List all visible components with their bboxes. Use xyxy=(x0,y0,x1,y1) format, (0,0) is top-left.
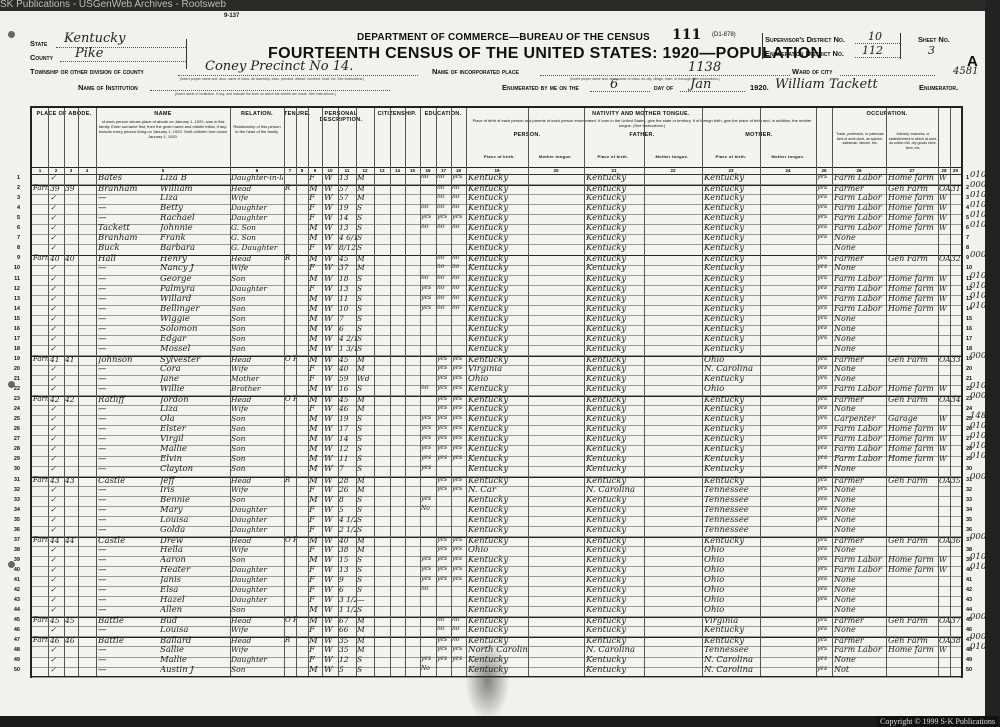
race-cell: W xyxy=(324,545,338,555)
write-cell: yes xyxy=(452,374,466,381)
age-cell: 38 xyxy=(339,545,356,554)
mother-birthplace-cell: Ohio xyxy=(704,555,760,565)
column-number: 22 xyxy=(644,168,702,173)
write-cell: yes xyxy=(452,545,466,552)
father-birth-heading: Place of birth. xyxy=(584,154,642,159)
marital-cell: M xyxy=(357,625,374,634)
dwelling-cell: ✓ xyxy=(50,284,64,293)
marital-cell: S xyxy=(357,213,374,222)
marital-cell: S xyxy=(357,334,374,343)
margin-code: 010 xyxy=(970,281,986,291)
margin-code: 010 xyxy=(970,210,986,220)
race-cell: W xyxy=(324,625,338,635)
relation-cell: Head xyxy=(231,254,283,263)
write-cell: yes xyxy=(452,655,466,662)
write-cell: yes xyxy=(452,213,466,220)
dwelling-cell: ✓ xyxy=(50,595,64,604)
sex-cell: F xyxy=(309,364,322,374)
father-birthplace-cell: Kentucky xyxy=(586,495,644,505)
margin-code: 000 xyxy=(970,180,986,190)
birthplace-cell: Kentucky xyxy=(468,263,528,273)
class-cell: W xyxy=(939,414,950,423)
class-cell: W xyxy=(939,203,950,212)
read-cell: yes xyxy=(437,355,451,362)
race-cell: W xyxy=(324,655,338,665)
age-cell: 5 xyxy=(339,665,356,674)
surname-cell: — xyxy=(98,505,158,515)
birthplace-cell: Kentucky xyxy=(468,434,528,444)
enumerated-day: 6 xyxy=(610,77,618,92)
race-cell: W xyxy=(324,595,338,605)
father-birthplace-cell: Kentucky xyxy=(586,505,644,515)
margin-code: 148 xyxy=(970,411,986,421)
line-number: 43 xyxy=(8,597,20,603)
trade-cell: Farm Labor xyxy=(834,424,886,433)
given-name-cell: Bellinger xyxy=(160,304,230,314)
school-cell: yes xyxy=(421,304,436,311)
street-cell: Farm xyxy=(33,254,49,262)
class-cell: W xyxy=(939,304,950,313)
sex-cell: M xyxy=(309,233,322,243)
race-cell: W xyxy=(324,495,338,505)
birthplace-cell: Kentucky xyxy=(468,334,528,344)
dwelling-cell: ✓ xyxy=(50,213,64,222)
name-description: of each person whose place of abode on J… xyxy=(98,119,228,139)
surname-cell: — xyxy=(98,444,158,454)
trade-cell: None xyxy=(834,655,886,664)
father-birthplace-cell: N. Carolina xyxy=(586,485,644,495)
race-cell: W xyxy=(324,525,338,535)
age-cell: 13 xyxy=(339,284,356,293)
source-banner: SK Publications - USGenWeb Archives - Ro… xyxy=(0,0,1000,11)
industry-cell: Home farm xyxy=(888,424,938,433)
father-birthplace-cell: Kentucky xyxy=(586,404,644,414)
trade-cell: Farmer xyxy=(834,536,886,545)
school-cell: yes xyxy=(421,565,436,572)
dwelling-cell: ✓ xyxy=(50,605,64,614)
age-cell: 57 xyxy=(339,184,356,193)
race-cell: W xyxy=(324,555,338,565)
age-cell: 67 xyxy=(339,616,356,625)
page-number: 111 xyxy=(672,27,701,43)
marital-cell: M xyxy=(357,263,374,272)
sex-cell: F xyxy=(309,505,322,515)
birthplace-cell: Kentucky xyxy=(468,515,528,525)
column-divider xyxy=(451,108,452,676)
dwelling-cell: ✓ xyxy=(50,334,64,343)
relation-cell: Wife xyxy=(231,485,283,494)
father-birthplace-cell: Kentucky xyxy=(586,525,644,535)
father-birthplace-cell: Kentucky xyxy=(586,585,644,595)
english-cell: yes xyxy=(817,395,832,402)
english-cell: yes xyxy=(817,545,832,552)
father-birthplace-cell: Kentucky xyxy=(586,545,644,555)
race-cell: W xyxy=(324,485,338,495)
relation-cell: Daughter xyxy=(231,213,283,222)
surname-cell: — xyxy=(98,374,158,384)
surname-cell: Buck xyxy=(98,243,158,253)
race-cell: W xyxy=(324,314,338,324)
race-cell: W xyxy=(324,193,338,203)
trade-cell: Farmer xyxy=(834,254,886,263)
enumerator-name: William Tackett xyxy=(775,77,878,92)
relation-cell: Son xyxy=(231,304,283,313)
read-cell: no xyxy=(437,184,451,191)
english-cell: yes xyxy=(817,203,832,210)
trade-cell: Farm Labor xyxy=(834,193,886,202)
relation-cell: Son xyxy=(231,665,283,674)
race-cell: W xyxy=(324,515,338,525)
father-birthplace-cell: Kentucky xyxy=(586,384,644,394)
race-cell: W xyxy=(324,454,338,464)
margin-code: 010 xyxy=(970,552,986,562)
ed-label: Enumeration District No. xyxy=(765,49,844,58)
race-cell: W xyxy=(324,565,338,575)
english-cell: yes xyxy=(817,213,832,220)
father-birthplace-cell: Kentucky xyxy=(586,464,644,474)
age-cell: 7 xyxy=(339,314,356,323)
surname-cell: — xyxy=(98,464,158,474)
mother-birthplace-cell: Kentucky xyxy=(704,374,760,384)
industry-cell: Home farm xyxy=(888,565,938,574)
enumerator-label: Enumerator. xyxy=(919,83,958,92)
english-cell: yes xyxy=(817,364,832,371)
birthplace-cell: Kentucky xyxy=(468,404,528,414)
person-heading: PERSON. xyxy=(472,132,582,138)
surname-cell: Tackett xyxy=(98,223,158,233)
column-divider xyxy=(950,108,951,676)
write-cell: yes xyxy=(452,414,466,421)
relation-cell: Head xyxy=(231,476,283,485)
line-number: 10 xyxy=(8,265,20,271)
relation-cell: G. Son xyxy=(231,223,283,232)
mother-birthplace-cell: Tennessee xyxy=(704,505,760,515)
school-cell: no xyxy=(421,274,436,281)
trade-cell: Farm Labor xyxy=(834,454,886,463)
write-cell: yes xyxy=(452,434,466,441)
birthplace-cell: Kentucky xyxy=(468,324,528,334)
read-cell: no xyxy=(437,284,451,291)
english-cell: yes xyxy=(817,536,832,543)
source-banner-text: SK Publications - USGenWeb Archives - Ro… xyxy=(0,0,226,10)
english-cell: yes xyxy=(817,595,832,602)
given-name-cell: Louisa xyxy=(160,625,230,635)
surname-cell: — xyxy=(98,384,158,394)
trade-cell: None xyxy=(834,525,886,534)
age-cell: 13 xyxy=(339,173,356,182)
marital-cell: S xyxy=(357,434,374,443)
mother-birthplace-cell: Tennessee xyxy=(704,485,760,495)
english-cell: yes xyxy=(817,655,832,662)
county-label: County xyxy=(30,53,53,62)
trade-cell: None xyxy=(834,505,886,514)
birthplace-cell: Kentucky xyxy=(468,243,528,253)
relation-cell: Son xyxy=(231,555,283,564)
given-name-cell: Janis xyxy=(160,575,230,585)
line-number-right: 5 xyxy=(966,215,969,221)
given-name-cell: Hella xyxy=(160,545,230,555)
english-cell: yes xyxy=(817,374,832,381)
dwelling-cell: ✓ xyxy=(50,193,64,202)
write-cell: no xyxy=(452,284,466,291)
sex-cell: M xyxy=(309,665,322,675)
mother-birthplace-cell: Ohio xyxy=(704,545,760,555)
line-number: 15 xyxy=(8,316,20,322)
read-cell: yes xyxy=(437,536,451,543)
english-cell: yes xyxy=(817,314,832,321)
father-birthplace-cell: Kentucky xyxy=(586,555,644,565)
mother-birthplace-cell: Kentucky xyxy=(704,274,760,284)
birthplace-cell: Kentucky xyxy=(468,304,528,314)
race-cell: W xyxy=(324,334,338,344)
class-cell: W xyxy=(939,454,950,463)
age-cell: 18 xyxy=(339,274,356,283)
line-number: 12 xyxy=(8,286,20,292)
dwelling-cell: ✓ xyxy=(50,203,64,212)
birthplace-cell: Kentucky xyxy=(468,384,528,394)
given-name-cell: Liza B xyxy=(160,173,230,183)
relation-cell: Son xyxy=(231,454,283,463)
dwelling-cell: ✓ xyxy=(50,223,64,232)
class-cell: W xyxy=(939,223,950,232)
sex-cell: M xyxy=(309,384,322,394)
age-cell: 4 6/12 xyxy=(339,233,356,242)
marital-cell: S xyxy=(357,505,374,514)
dwelling-cell: 43 xyxy=(50,476,64,485)
industry-cell: Gen Farm xyxy=(888,254,938,263)
surname-cell: Bates xyxy=(98,173,158,183)
race-cell: W xyxy=(324,203,338,213)
english-cell: yes xyxy=(817,424,832,431)
sheet-label: Sheet No. xyxy=(918,35,950,44)
birthplace-cell: Kentucky xyxy=(468,424,528,434)
class-cell: W xyxy=(939,213,950,222)
line-number: 50 xyxy=(8,667,20,673)
relation-cell: Mother xyxy=(231,374,283,383)
age-cell: 45 xyxy=(339,254,356,263)
birthplace-cell: Kentucky xyxy=(468,585,528,595)
read-cell: no xyxy=(437,193,451,200)
sex-cell: M xyxy=(309,274,322,284)
trade-cell: None xyxy=(834,585,886,594)
institution-label: Name of Institution xyxy=(78,83,138,92)
given-name-cell: Barbara xyxy=(160,243,230,253)
sex-cell: F xyxy=(309,595,322,605)
margin-code: 010 xyxy=(970,451,986,461)
trade-cell: None xyxy=(834,334,886,343)
english-cell: yes xyxy=(817,233,832,240)
marital-cell: S xyxy=(357,555,374,564)
surname-cell: — xyxy=(98,284,158,294)
industry-cell: Gen Farm xyxy=(888,536,938,545)
table-header: PLACE OF ABODE. NAME of each person whos… xyxy=(32,108,961,168)
write-cell: yes xyxy=(452,565,466,572)
sheet-no: 3 xyxy=(928,44,935,57)
marital-cell: S xyxy=(357,314,374,323)
school-cell: yes xyxy=(421,444,436,451)
family-cell: 45 xyxy=(65,616,79,625)
trade-cell: None xyxy=(834,404,886,413)
group-citizenship: CITIZENSHIP. xyxy=(374,111,420,117)
dwelling-cell: ✓ xyxy=(50,545,64,554)
trade-cell: Farmer xyxy=(834,355,886,364)
street-cell: Farm xyxy=(33,184,49,192)
english-cell: yes xyxy=(817,464,832,471)
sex-cell: M xyxy=(309,294,322,304)
age-cell: 10 xyxy=(339,304,356,313)
trade-cell: None xyxy=(834,495,886,504)
mother-birthplace-cell: Kentucky xyxy=(704,233,760,243)
age-cell: 40 xyxy=(339,364,356,373)
write-cell: yes xyxy=(452,476,466,483)
marital-cell: M xyxy=(357,485,374,494)
group-occupation: OCCUPATION. xyxy=(832,111,942,117)
marital-cell: Wd xyxy=(357,374,374,383)
write-cell: yes xyxy=(452,395,466,402)
county-line xyxy=(60,61,186,62)
surname-cell: — xyxy=(98,304,158,314)
given-name-cell: Willard xyxy=(160,294,230,304)
sex-cell: F xyxy=(309,284,322,294)
mother-birthplace-cell: Kentucky xyxy=(704,314,760,324)
relation-cell: Wife xyxy=(231,625,283,634)
class-cell: W xyxy=(939,645,950,654)
line-number: 44 xyxy=(8,607,20,613)
dwelling-cell: 39 xyxy=(50,184,64,193)
family-cell: 41 xyxy=(65,355,79,364)
marital-cell: M xyxy=(357,476,374,485)
family-cell: 44 xyxy=(65,536,79,545)
given-name-cell: Liza xyxy=(160,193,230,203)
line-number: 30 xyxy=(8,466,20,472)
line-number: 37 xyxy=(8,537,20,543)
line-number: 31 xyxy=(8,477,20,483)
read-cell: no xyxy=(437,625,451,632)
industry-cell: Home farm xyxy=(888,223,938,232)
trade-heading: Trade, profession, or particular kind of… xyxy=(834,132,886,146)
sex-cell: F xyxy=(309,193,322,203)
form-ref: (D1-878) xyxy=(712,32,736,38)
relation-cell: Daughter xyxy=(231,515,283,524)
read-cell: yes xyxy=(437,395,451,402)
marital-cell: S xyxy=(357,565,374,574)
class-cell: W xyxy=(939,193,950,202)
margin-code: 010 xyxy=(970,642,986,652)
english-cell: yes xyxy=(817,324,832,331)
relation-cell: Daughter-in-law xyxy=(231,173,283,182)
dwelling-cell: ✓ xyxy=(50,525,64,534)
english-cell: yes xyxy=(817,284,832,291)
marital-cell: S xyxy=(357,384,374,393)
line-number-right: 34 xyxy=(966,507,972,513)
marital-cell: S xyxy=(357,605,374,614)
margin-code: 010 xyxy=(970,220,986,230)
relation-cell: Son xyxy=(231,434,283,443)
line-number-right: 43 xyxy=(966,597,972,603)
street-cell: Farm xyxy=(33,636,49,644)
marital-cell: S xyxy=(357,284,374,293)
farm-cell: 32 xyxy=(951,254,961,263)
school-cell: no xyxy=(421,203,436,210)
sex-cell: F xyxy=(309,243,322,253)
birthplace-cell: Ohio xyxy=(468,545,528,555)
relation-cell: Wife xyxy=(231,364,283,373)
write-cell: no xyxy=(452,304,466,311)
father-birthplace-cell: Kentucky xyxy=(586,324,644,334)
margin-code: 010 xyxy=(970,170,986,180)
copyright-notice: Copyright © 1999 S-K Publications xyxy=(877,716,998,727)
margin-code: 000 xyxy=(970,250,986,260)
sex-cell: F xyxy=(309,585,322,595)
industry-cell: Home farm xyxy=(888,454,938,463)
race-cell: W xyxy=(324,374,338,384)
industry-cell: Home farm xyxy=(888,304,938,313)
dwelling-cell: ✓ xyxy=(50,575,64,584)
father-birthplace-cell: Kentucky xyxy=(586,284,644,294)
column-divider xyxy=(390,108,391,676)
birthplace-cell: Kentucky xyxy=(468,454,528,464)
state-bracket xyxy=(186,39,187,69)
column-number: 7 xyxy=(284,168,296,173)
english-cell: yes xyxy=(817,515,832,522)
write-cell: yes xyxy=(452,575,466,582)
mother-birthplace-cell: Kentucky xyxy=(704,193,760,203)
given-name-cell: Palmyra xyxy=(160,284,230,294)
age-cell: 40 xyxy=(339,536,356,545)
dwelling-cell: ✓ xyxy=(50,173,64,182)
age-cell: 19 xyxy=(339,414,356,423)
given-name-cell: Mallie xyxy=(160,444,230,454)
surname-cell: — xyxy=(98,565,158,575)
relation-cell: Head xyxy=(231,616,283,625)
given-name-cell: Iris xyxy=(160,485,230,495)
line-number-right: 16 xyxy=(966,326,972,332)
age-cell: 14 xyxy=(339,434,356,443)
sex-cell: M xyxy=(309,324,322,334)
mother-birthplace-cell: Kentucky xyxy=(704,203,760,213)
read-cell: yes xyxy=(437,485,451,492)
birthplace-cell: Kentucky xyxy=(468,173,528,183)
english-cell: yes xyxy=(817,485,832,492)
sex-cell: F xyxy=(309,525,322,535)
write-cell: no xyxy=(452,203,466,210)
enumerated-label: Enumerated by me on the xyxy=(502,83,579,92)
marital-cell: S xyxy=(357,495,374,504)
family-cell: 42 xyxy=(65,395,79,404)
dwelling-cell: ✓ xyxy=(50,565,64,574)
father-birthplace-cell: Kentucky xyxy=(586,193,644,203)
sheet-side: A xyxy=(967,53,978,70)
age-cell: 9 xyxy=(339,575,356,584)
class-cell: W xyxy=(939,434,950,443)
line-number-right: 41 xyxy=(966,577,972,583)
age-cell: 57 xyxy=(339,193,356,202)
race-cell: W xyxy=(324,324,338,334)
sex-cell: M xyxy=(309,304,322,314)
dwelling-cell: ✓ xyxy=(50,645,64,654)
column-divider xyxy=(78,108,79,676)
write-cell: yes xyxy=(452,645,466,652)
mother-birthplace-cell: N. Carolina xyxy=(704,665,760,675)
relation-cell: Wife xyxy=(231,545,283,554)
surname-cell: — xyxy=(98,575,158,585)
line-number-right: 9 xyxy=(966,255,969,261)
school-cell: yes xyxy=(421,434,436,441)
column-divider xyxy=(308,108,309,676)
father-birthplace-cell: N. Carolina xyxy=(586,645,644,655)
township-label: Township or other division of county xyxy=(30,67,144,76)
age-cell: 37 xyxy=(339,263,356,272)
